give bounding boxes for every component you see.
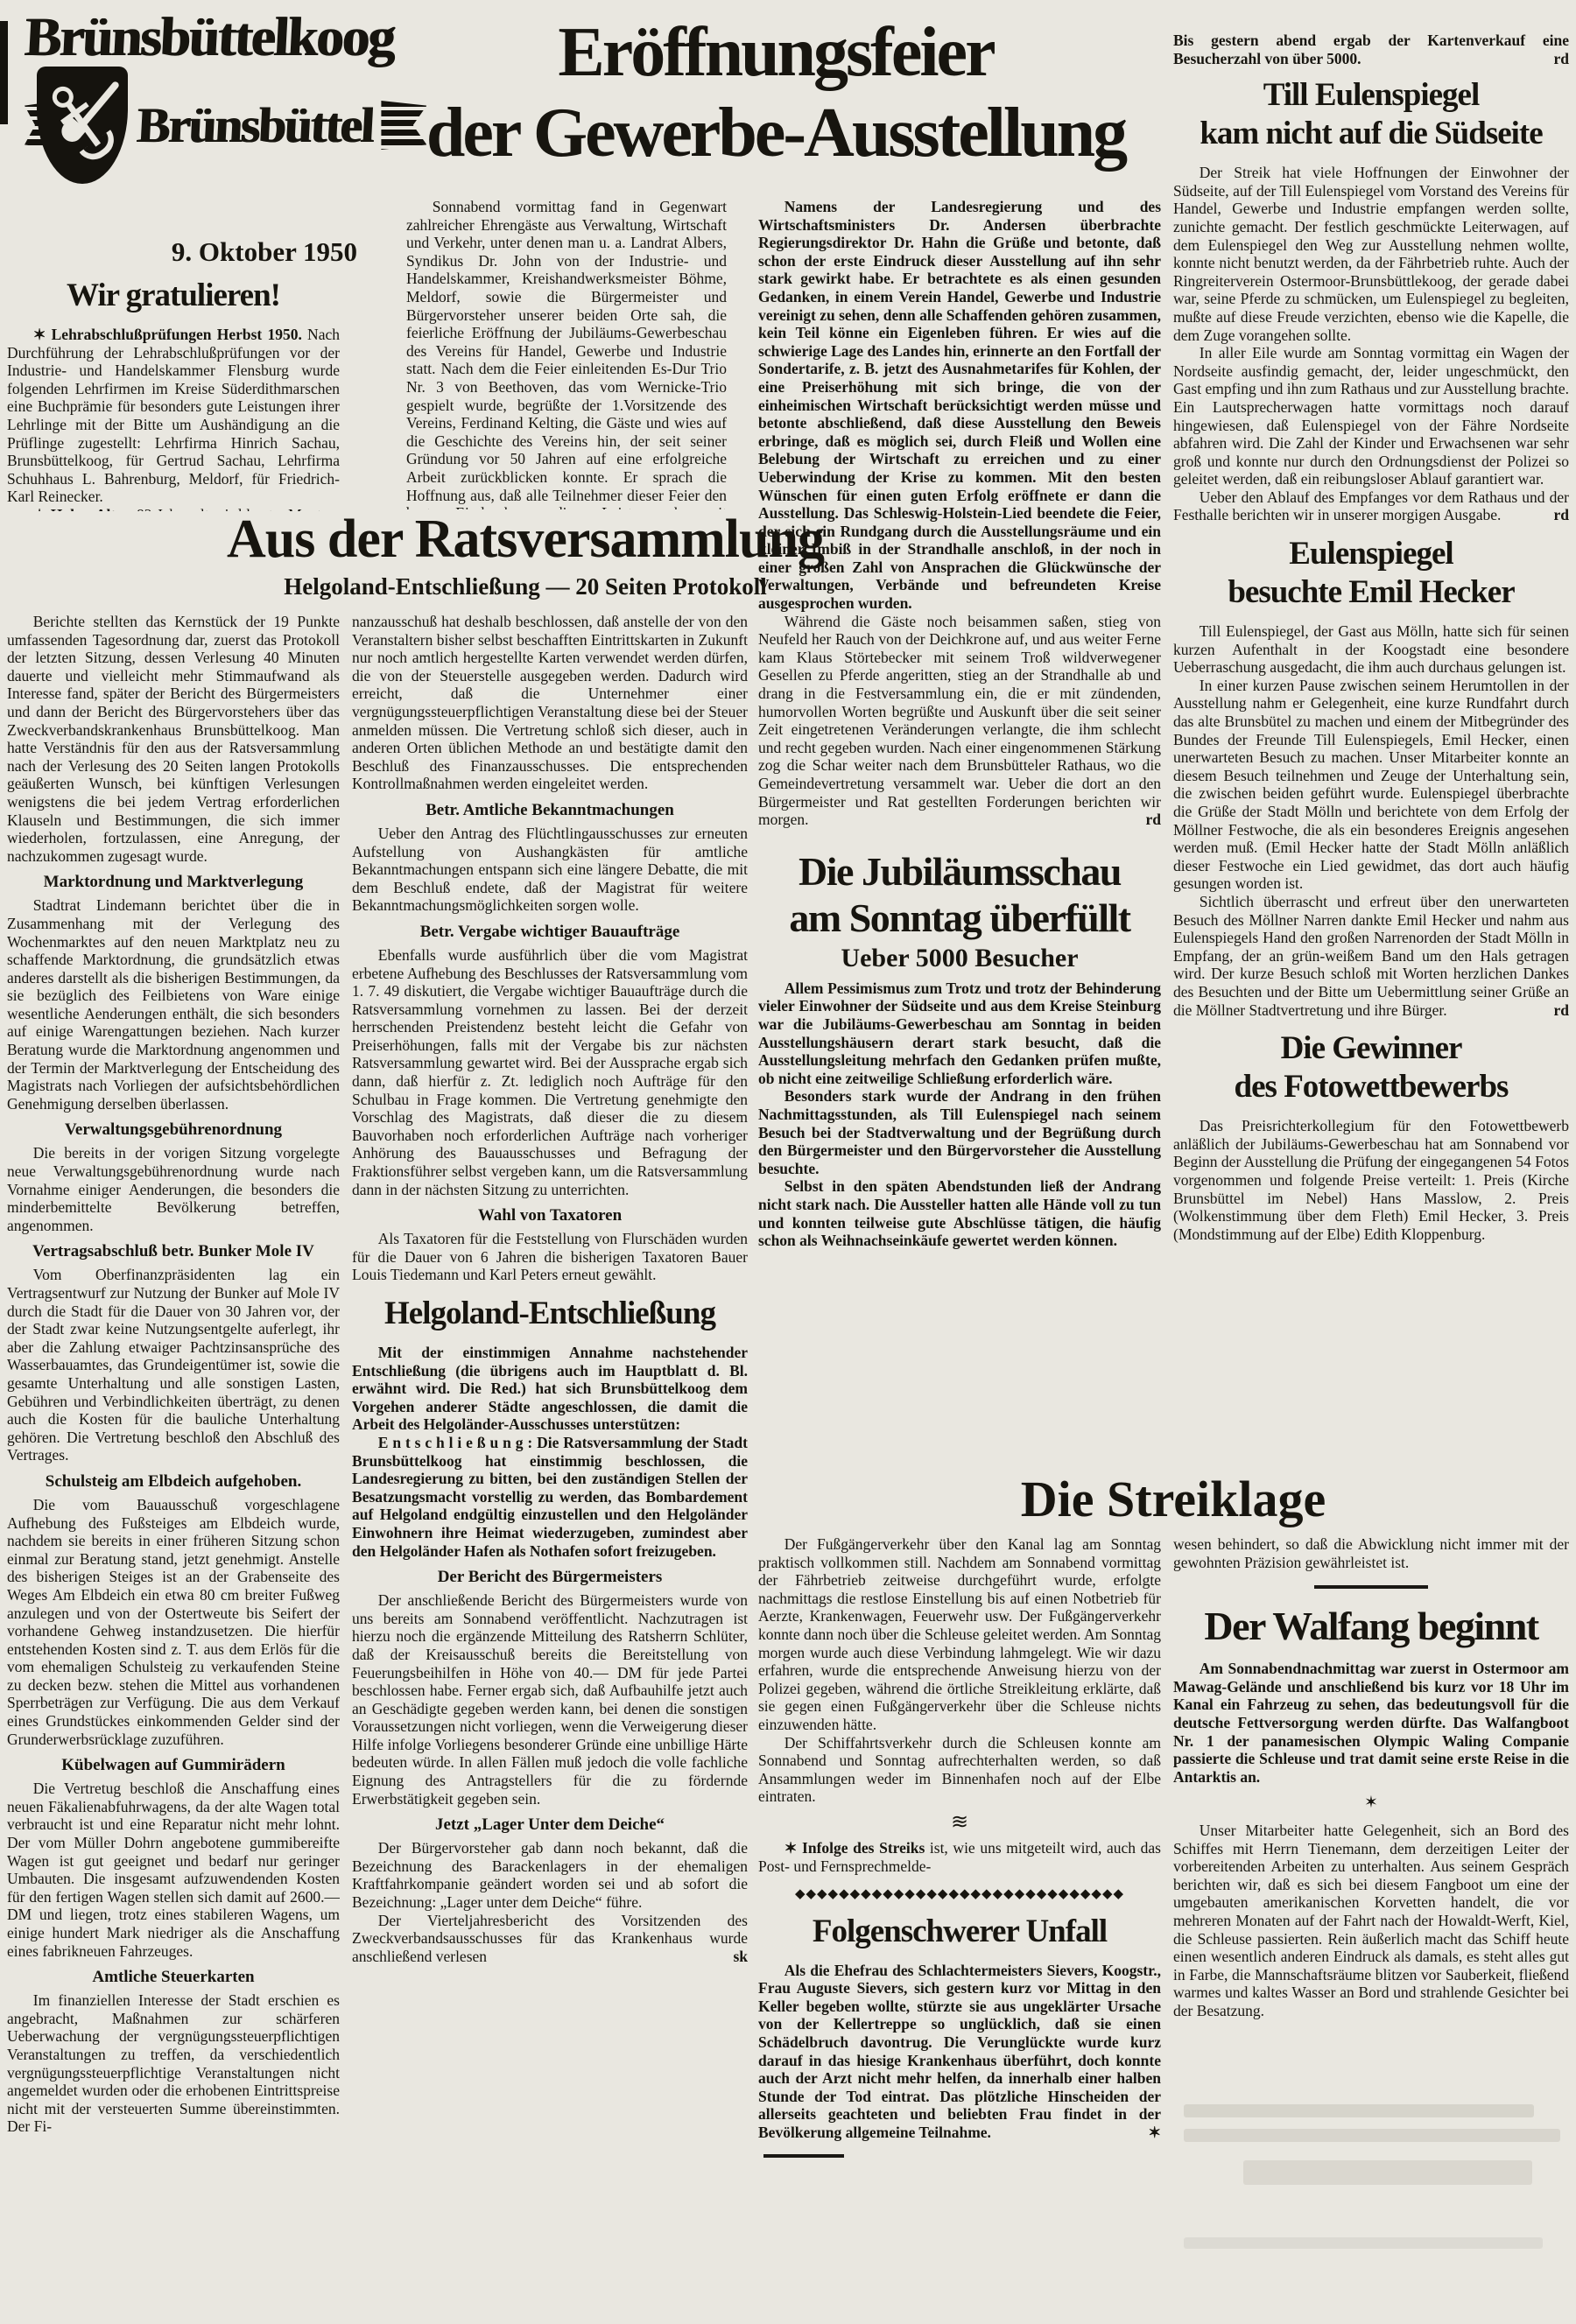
- column-4-top: Bis gestern abend ergab der Kartenverkau…: [1173, 32, 1569, 1471]
- article-headline-fotowettbewerb-line2: des Fotowettbewerbs: [1173, 1068, 1569, 1106]
- article-headline-unfall: Folgenschwerer Unfall: [758, 1913, 1161, 1951]
- scan-artifact: [0, 21, 8, 124]
- block-gap: [7, 315, 340, 326]
- headline-line: der Gewerbe-Ausstellung: [376, 93, 1175, 173]
- article-paragraph: Der Bürgervorsteher gab dann noch bekann…: [352, 1839, 748, 1911]
- article-paragraph: Das Preisrichterkollegium für den Fotowe…: [1173, 1117, 1569, 1243]
- subsection-heading-bunker-mole: Vertragsabschluß betr. Bunker Mole IV: [7, 1242, 340, 1261]
- article-paragraph: In aller Eile wurde am Sonntag vormittag…: [1173, 344, 1569, 488]
- block-gap: [1173, 612, 1569, 622]
- newspaper-page: Brünsbüttelkoog Brünsbüttel 9. Oktober 1…: [0, 0, 1576, 2324]
- article-paragraph: Sonnabend vormittag fand in Gegenwart za…: [406, 198, 727, 509]
- headline-line: Eröffnungsfeier: [376, 12, 1175, 93]
- article-paragraph: Ebenfalls wurde ausführlich über die vom…: [352, 946, 748, 1198]
- article-paragraph: Berichte stellten das Kernstück der 19 P…: [7, 613, 340, 865]
- news-item-lehrabschlusspruefungen: ✶ Lehrabschlußprüfungen Herbst 1950. Nac…: [7, 326, 340, 506]
- article-paragraph-bold: Als die Ehefrau des Schlachtermeisters S…: [758, 1962, 1161, 2142]
- article-paragraph: In einer kurzen Pause zwischen seinem He…: [1173, 677, 1569, 893]
- star-divider: ✶: [1173, 1794, 1569, 1813]
- article-headline-hecker-line1: Eulenspiegel: [1173, 535, 1569, 573]
- article-headline-till-line1: Till Eulenspiegel: [1173, 76, 1569, 115]
- block-gap: [758, 1951, 1161, 1962]
- article-paragraph: Die Vertretug beschloß die Anschaffung e…: [7, 1780, 340, 1960]
- bleed-through-mark: [1184, 2129, 1560, 2142]
- bleed-through-mark: [1184, 2237, 1543, 2249]
- article-subheadline-besucher: Ueber 5000 Besucher: [758, 943, 1161, 974]
- subsection-heading-bauauftraege: Betr. Vergabe wichtiger Bauaufträge: [352, 923, 748, 942]
- diamond-divider: ◆◆◆◆◆◆◆◆◆◆◆◆◆◆◆◆◆◆◆◆◆◆◆◆◆◆◆◆◆◆: [758, 1885, 1161, 1904]
- article-paragraph: Der Schiffahrtsverkehr durch die Schleus…: [758, 1734, 1161, 1806]
- subsection-heading-marktordnung: Marktordnung und Marktverlegung: [7, 873, 340, 892]
- subsection-heading-lager: Jetzt „Lager Unter dem Deiche“: [352, 1815, 748, 1835]
- article-paragraph: Vom Oberfinanzpräsidenten lag ein Vertra…: [7, 1266, 340, 1464]
- article-headline-jubilaeumsschau-line1: Die Jubiläumsschau: [758, 848, 1161, 895]
- article-paragraph-bold: Namens der Landesregierung und des Wirts…: [758, 198, 1161, 613]
- article-paragraph: Sichtlich überrascht und erfreut über de…: [1173, 893, 1569, 1019]
- article-headline-hecker-line2: besuchte Emil Hecker: [1173, 573, 1569, 612]
- town-crest-shield-icon: [37, 67, 128, 184]
- article-paragraph: Im finanziellen Interesse der Stadt ersc…: [7, 1991, 340, 2136]
- article-paragraph: Der anschließende Bericht des Bürgermeis…: [352, 1591, 748, 1808]
- bleed-through-mark: [1184, 2104, 1534, 2117]
- article-paragraph: Unser Mitarbeiter hatte Gelegenheit, sic…: [1173, 1822, 1569, 2020]
- block-gap2: [758, 829, 1161, 848]
- article-paragraph-bold: Mit der einstimmigen Annahme nachstehend…: [352, 1344, 748, 1434]
- article-paragraph: Die vom Bauausschuß vorgeschlagene Aufhe…: [7, 1496, 340, 1748]
- article-paragraph-bold: Am Sonnabendnachmittag war zuerst in Ost…: [1173, 1660, 1569, 1786]
- block-gap: [1173, 153, 1569, 164]
- article-paragraph: Während die Gäste noch beisammen saßen, …: [758, 613, 1161, 829]
- column-1-ratsversammlung: Berichte stellten das Kernstück der 19 P…: [7, 613, 340, 2324]
- news-item-hohes-alter: ✶ Hohes Alter. 82 Jahre alt wird heute, …: [7, 506, 340, 511]
- article-paragraph: Die bereits in der vorigen Sitzung vorge…: [7, 1144, 340, 1234]
- subsection-heading-bekanntmachungen: Betr. Amtliche Bekanntmachungen: [352, 801, 748, 820]
- squiggle-divider: ≋: [758, 1811, 1161, 1834]
- subsection-heading-steuerkarten: Amtliche Steuerkarten: [7, 1968, 340, 1987]
- section-heading-wir-gratulieren: Wir gratulieren!: [7, 277, 340, 315]
- subsection-heading-schulsteig: Schulsteig am Elbdeich aufgehoben.: [7, 1472, 340, 1492]
- article-paragraph-bold: Allem Pessimismus zum Trotz und trotz de…: [758, 979, 1161, 1088]
- masthead-title-line2: Brünsbüttel: [135, 97, 374, 154]
- article-headline-fotowettbewerb-line1: Die Gewinner: [1173, 1029, 1569, 1068]
- block-gap: [1173, 1106, 1569, 1117]
- column-2-eroeffnungsfeier: Sonnabend vormittag fand in Gegenwart za…: [406, 198, 727, 509]
- rule-divider: [1314, 1585, 1428, 1589]
- subsection-heading-kuebelwagen: Kübelwagen auf Gummirädern: [7, 1756, 340, 1775]
- article-paragraph-continuation: wesen behindert, so daß die Abwicklung n…: [1173, 1535, 1569, 1571]
- article-paragraph: Der Vierteljahresbericht des Vorsitzende…: [352, 1912, 748, 1966]
- article-headline-jubilaeumsschau-line2: am Sonntag überfüllt: [758, 895, 1161, 941]
- article-paragraph: Ueber den Ablauf des Empfanges vor dem R…: [1173, 488, 1569, 524]
- article-paragraph-continuation: nanzausschuß hat deshalb beschlossen, da…: [352, 613, 748, 793]
- article-paragraph: Ueber den Antrag des Flüchtlingausschuss…: [352, 825, 748, 915]
- column-2-ratsversammlung: nanzausschuß hat deshalb beschlossen, da…: [352, 613, 748, 2324]
- article-headline-walfang: Der Walfang beginnt: [1173, 1603, 1569, 1649]
- subsection-heading-taxatoren: Wahl von Taxatoren: [352, 1206, 748, 1225]
- subsection-heading-bericht-buergermeister: Der Bericht des Bürgermeisters: [352, 1568, 748, 1587]
- article-paragraph: Till Eulenspiegel, der Gast aus Mölln, h…: [1173, 622, 1569, 677]
- column-3-top: Namens der Landesregierung und des Wirts…: [758, 198, 1161, 1469]
- article-paragraph-bold: E n t s c h l i e ß u n g : Die Ratsvers…: [352, 1434, 748, 1560]
- article-paragraph-bold: Selbst in den späten Abendstunden ließ d…: [758, 1177, 1161, 1249]
- subsection-heading-verwaltungsgebuehren: Verwaltungsgebührenordnung: [7, 1120, 340, 1140]
- rule-divider: [763, 2154, 844, 2158]
- column-4-bottom: wesen behindert, so daß die Abwicklung n…: [1173, 1535, 1569, 2324]
- article-headline-till-line2: kam nicht auf die Südseite: [1173, 115, 1569, 153]
- block-gap: [352, 1284, 748, 1295]
- bleed-through-mark: [1243, 2160, 1532, 2185]
- article-headline-streiklage: Die Streiklage: [823, 1472, 1523, 1527]
- block-gap: [1173, 1019, 1569, 1029]
- block-gap: [1173, 1649, 1569, 1660]
- article-paragraph: Als Taxatoren für die Feststellung von F…: [352, 1230, 748, 1284]
- block-gap: [1173, 524, 1569, 535]
- article-paragraph-bold: Besonders stark wurde der Andrang in den…: [758, 1087, 1161, 1177]
- article-paragraph: Stadtrat Lindemann berichtet über die in…: [7, 896, 340, 1113]
- article-paragraph: ✶ Infolge des Streiks ist, wie uns mitge…: [758, 1839, 1161, 1875]
- article-headline-eroeffnungsfeier: Eröffnungsfeier der Gewerbe-Ausstellung: [376, 12, 1175, 173]
- note-besucherzahl: Bis gestern abend ergab der Kartenverkau…: [1173, 32, 1569, 67]
- article-headline-helgoland: Helgoland-Entschließung: [352, 1295, 748, 1333]
- article-paragraph: Der Fußgängerverkehr über den Kanal lag …: [758, 1535, 1161, 1734]
- column-3-bottom: Der Fußgängerverkehr über den Kanal lag …: [758, 1535, 1161, 2324]
- block-gap: [352, 1333, 748, 1344]
- column-1-top: Wir gratulieren!✶ Lehrabschlußprüfungen …: [7, 277, 340, 511]
- article-paragraph: Der Streik hat viele Hoffnungen der Einw…: [1173, 164, 1569, 344]
